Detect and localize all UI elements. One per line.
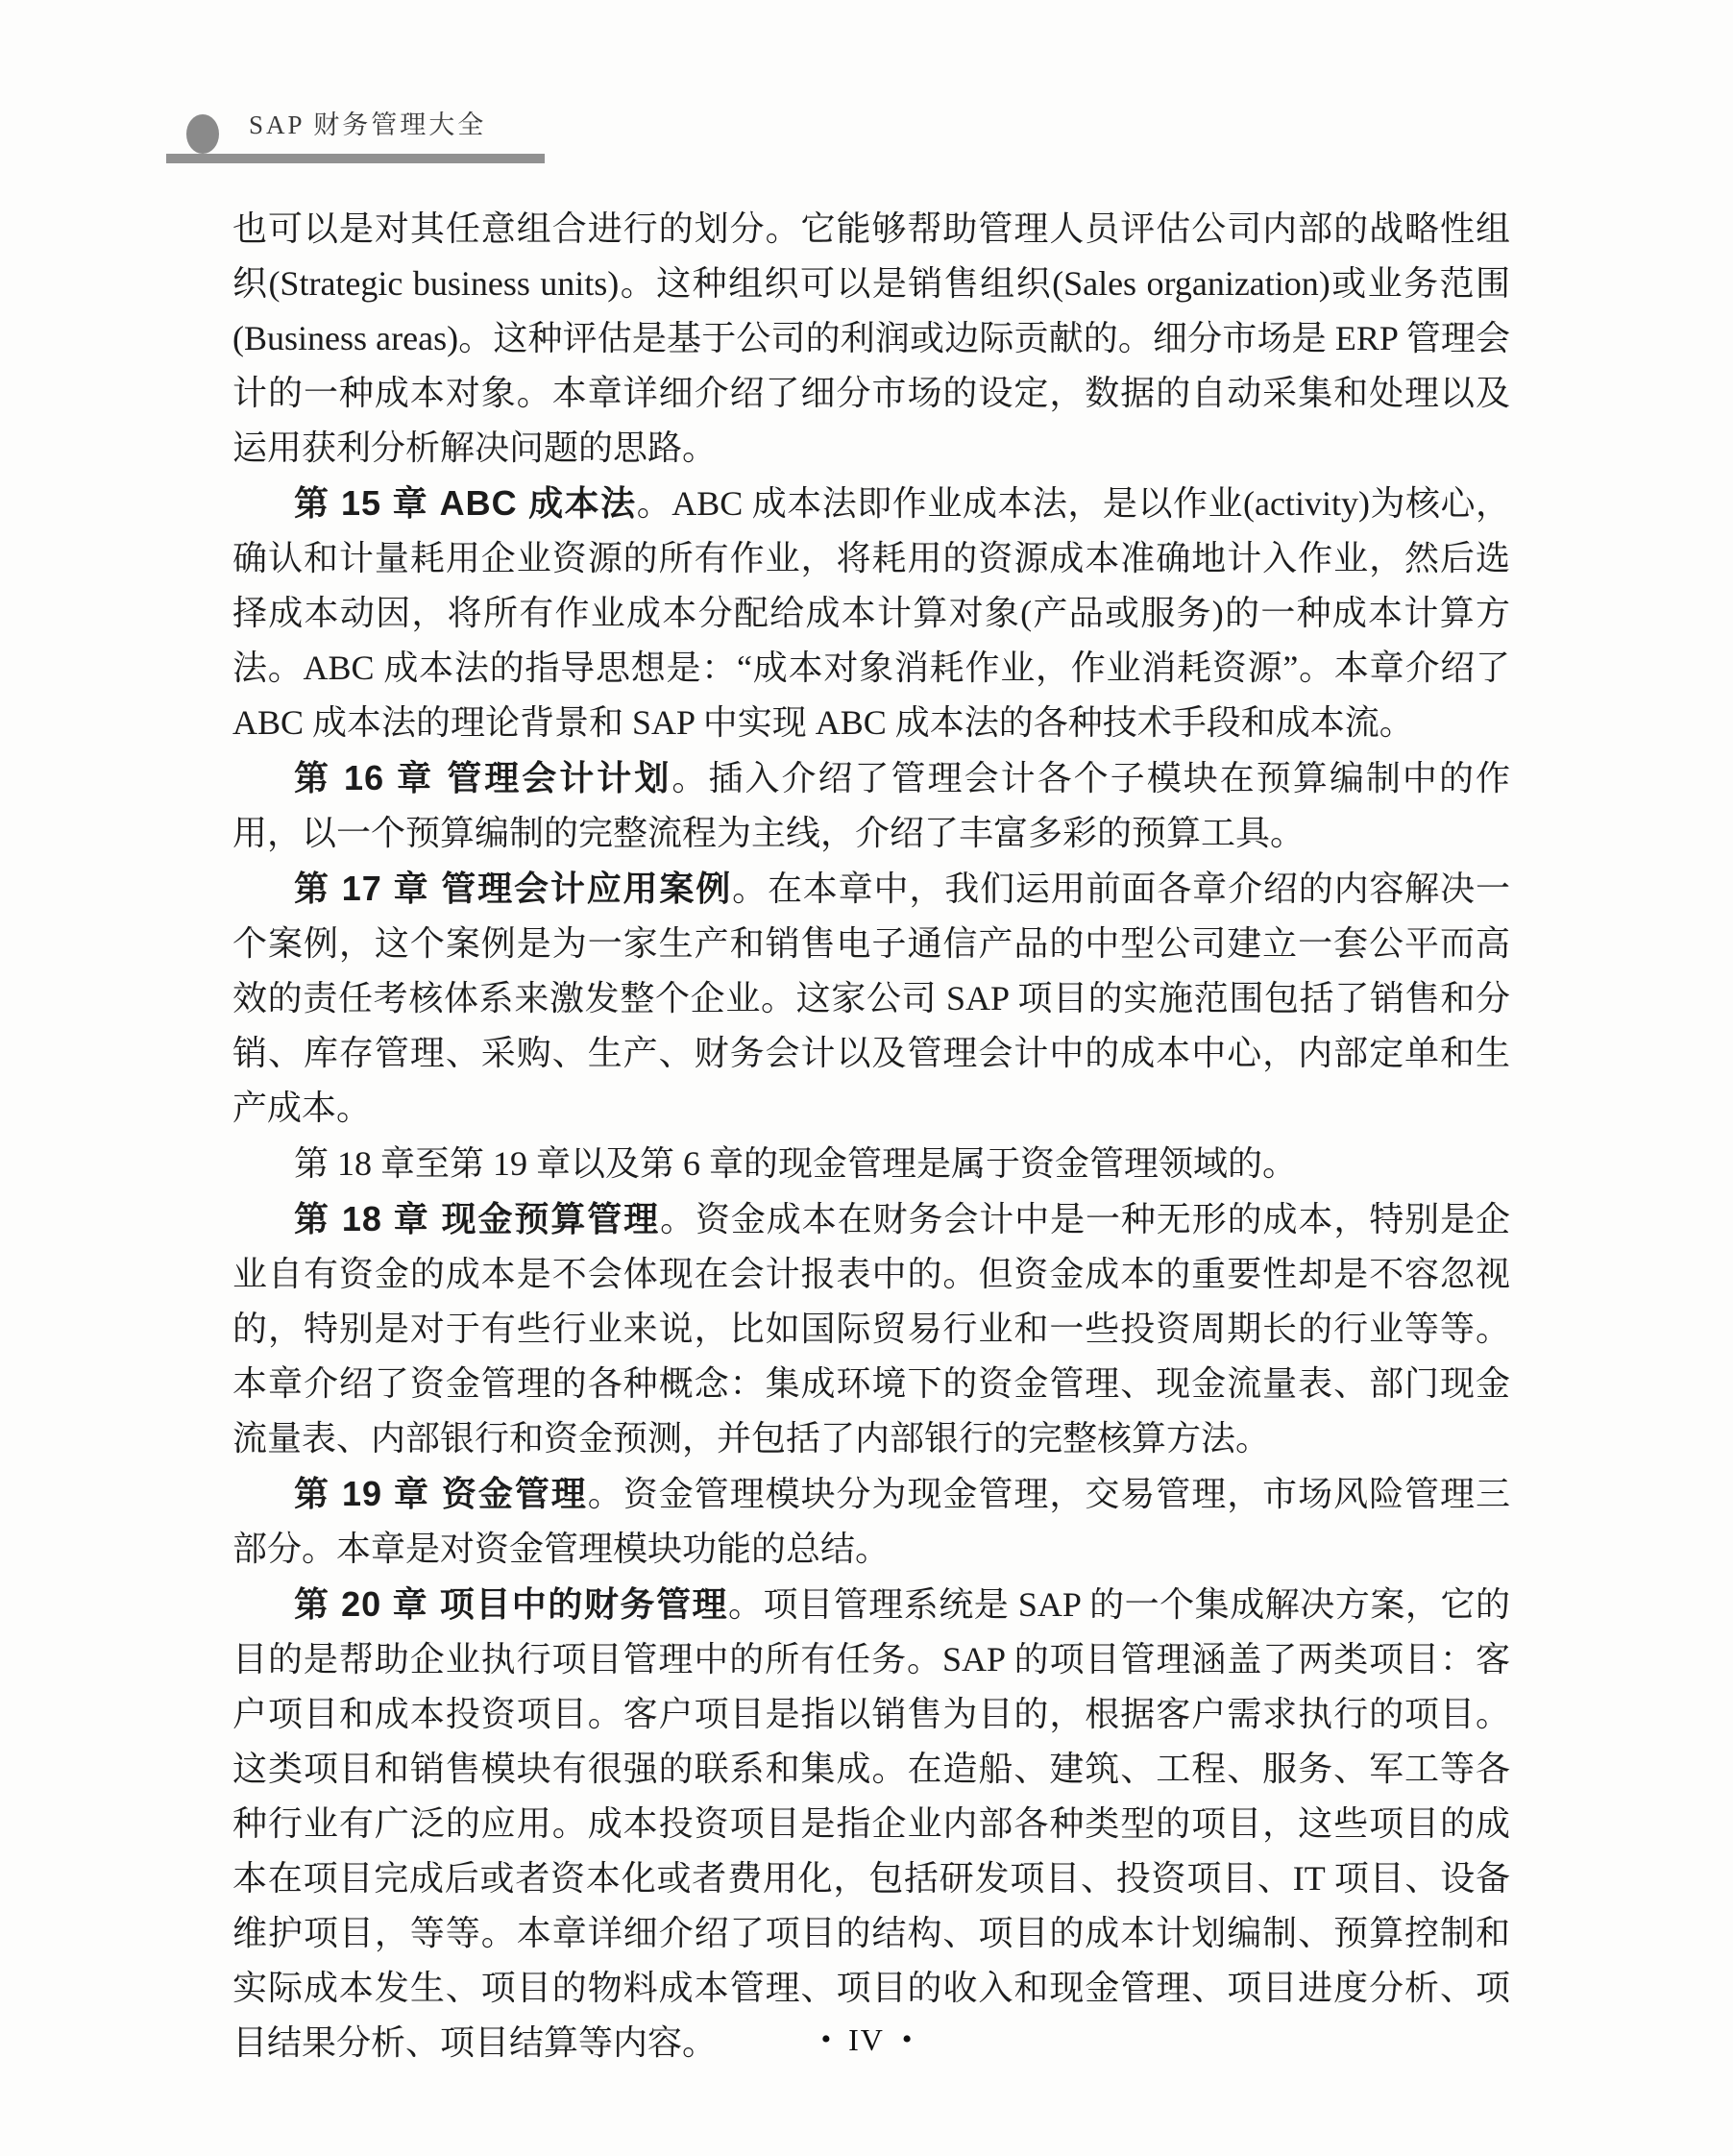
paragraph: 第 16 章 管理会计计划。插入介绍了管理会计各个子模块在预算编制中的作用，以一… xyxy=(232,750,1510,861)
paragraph: 第 18 章至第 19 章以及第 6 章的现金管理是属于资金管理领域的。 xyxy=(232,1136,1510,1191)
book-title: SAP 财务管理大全 xyxy=(249,106,486,144)
page-body: 也可以是对其任意组合进行的划分。它能够帮助管理人员评估公司内部的战略性组织(St… xyxy=(232,201,1510,2070)
paragraph: 第 18 章 现金预算管理。资金成本在财务会计中是一种无形的成本，特别是企业自有… xyxy=(232,1191,1510,1466)
chapter-heading: 第 18 章 现金预算管理 xyxy=(294,1199,660,1238)
chapter-heading: 第 20 章 项目中的财务管理 xyxy=(294,1584,728,1624)
header-rule xyxy=(166,154,545,163)
paragraph-text: 第 18 章至第 19 章以及第 6 章的现金管理是属于资金管理领域的。 xyxy=(294,1144,1297,1183)
paragraph: 也可以是对其任意组合进行的划分。它能够帮助管理人员评估公司内部的战略性组织(St… xyxy=(232,201,1510,476)
footer-bullet-right-icon: • xyxy=(902,2021,913,2059)
chapter-heading: 第 16 章 管理会计计划 xyxy=(294,758,671,797)
chapter-heading: 第 15 章 ABC 成本法 xyxy=(294,483,637,523)
chapter-heading: 第 17 章 管理会计应用案例 xyxy=(294,869,732,908)
paragraph-text: 。资金成本在财务会计中是一种无形的成本，特别是企业自有资金的成本是不会体现在会计… xyxy=(232,1200,1510,1458)
footer-bullet-left-icon: • xyxy=(821,2021,832,2059)
page-footer: •IV• xyxy=(0,2021,1733,2061)
chapter-heading: 第 19 章 资金管理 xyxy=(294,1474,588,1513)
paragraph-text: 。在本章中，我们运用前面各章介绍的内容解决一个案例，这个案例是为一家生产和销售电… xyxy=(232,870,1510,1127)
paragraph: 第 19 章 资金管理。资金管理模块分为现金管理，交易管理，市场风险管理三部分。… xyxy=(232,1466,1510,1577)
paragraph-text: 。ABC 成本法即作业成本法，是以作业(activity)为核心，确认和计量耗用… xyxy=(232,484,1510,742)
paragraph: 第 20 章 项目中的财务管理。项目管理系统是 SAP 的一个集成解决方案，它的… xyxy=(232,1577,1510,2070)
paragraph-text: 。项目管理系统是 SAP 的一个集成解决方案，它的目的是帮助企业执行项目管理中的… xyxy=(232,1585,1510,2062)
paragraph-text: 也可以是对其任意组合进行的划分。它能够帮助管理人员评估公司内部的战略性组织(St… xyxy=(232,209,1510,467)
header-circle-icon xyxy=(186,114,219,154)
paragraph: 第 15 章 ABC 成本法。ABC 成本法即作业成本法，是以作业(activi… xyxy=(232,476,1510,750)
page-number: IV xyxy=(848,2021,885,2059)
paragraph: 第 17 章 管理会计应用案例。在本章中，我们运用前面各章介绍的内容解决一个案例… xyxy=(232,861,1510,1136)
